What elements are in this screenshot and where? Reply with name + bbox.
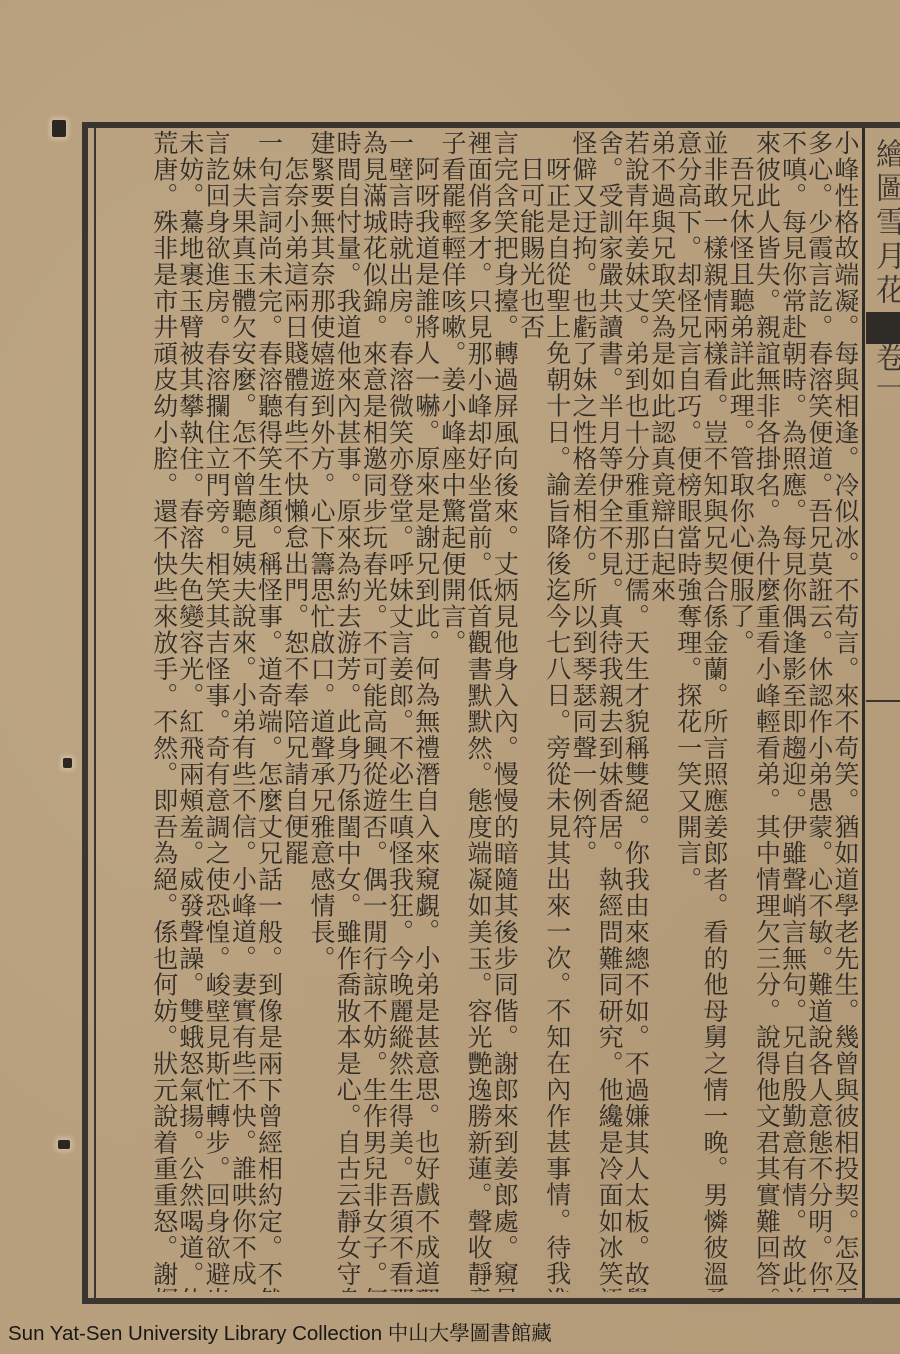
text-column: 若說青年姜妹丈。弟到也十分雅重那迂儒。天生才貌稱雙絕。你我由來總不如。不過嫌其人… [622,130,648,1292]
text-column: 荒唐。殊非是市井頑皮幼小腔。還不快些來放手。不然。即吾為絕。係也何妨。狀元說着重… [151,130,177,1292]
text-column: 日可能賜光也否 [517,130,543,1292]
text-column: 舍。受訓家嚴共讀書。半月等伊全不見。真待我親去到妹香居。執經問難同研究。他纔是冷… [596,130,622,1292]
volume-label: 卷一 [872,342,900,402]
text-column: 未妨。驀地裹玉臂被其攀執住。春溶失色變容光。紅飛兩頰羞。威發聲譟。雙蛾怒氣揚。公… [177,130,203,1292]
text-column: 建緊要無其奈那使嬉遊到外方。心下籌思忙啟口。道聲承兄雅意感情長。 [308,130,334,1292]
text-column: 並非敢一樣親情兩樣看。豈不知與兄契合係金蘭。所言照應姜郎者。看的他母舅之情一晚。… [701,130,727,1292]
text-column: 呀正是自從聖上免朝十日。諭旨降後迄今七八日。旁從未見其出來一次。不知在內作甚事情… [544,130,570,1292]
text-column: 意分高下。却怪兄言自巧。便榜眼當時強奪理。探花一笑又開言。 [675,130,701,1292]
center-fold-rule [862,128,865,1298]
text-column: 阿呀我道是誰將人一嚇。原來是謝兄到此。何為無禮潛自入來窺覷。小弟是甚意思。也好戲… [413,130,439,1292]
text-column: 妹夫果真玉體欠安麼。怎不曾聽見姨夫說來。小弟有些不信。小峰道。妻實有些不快。誰哄… [229,130,255,1292]
text-column: 弟不過與兄取笑為是如此認真竟辯白起來 [648,130,674,1292]
text-column: 子看罷輕輕佯咳嗽。姜小峰座中驚起便開言。 [439,130,465,1292]
text-column: 為見滿城花似錦。來意是相邀同步玩春光。不可能高興從遊否。偶一閒行諒不妨。生作男兒… [360,130,386,1292]
text-column: 怪僻又迂拘。也虧了妹之性格差相仿。所以到琴瑟同聲一例符。 [570,130,596,1292]
binding-hole-bottom [58,1140,70,1149]
text-column: 多心。少霞言訖。春溶笑便道。吾兄莫誑云。休認作小弟愚蒙。心不敏。難道說各人意態不… [806,130,832,1292]
library-collection-caption: Sun Yat-Sen University Library Collectio… [8,1316,552,1346]
text-column: 小峰性格故端凝。每與相逢。冷似冰。不苟言。來不苟笑。猶如道學老先生。幾曾與彼相投… [832,130,858,1292]
heart-rule [866,700,900,702]
text-column: 吾兄休怪且聽弟詳此理。管取你心便服了。 [727,130,753,1292]
text-column: 時間自忖量。我道他來內甚事。原來為約去游芳。此身乃係閨中女。雖作喬妝本是心。自古… [334,130,360,1292]
text-column: 一壁言時就出房。春溶微笑亦登堂。呼妹丈言姜郎。不必生嗔怪我狂。今晚麗縱然生得美。… [386,130,412,1292]
text-column: 言完含笑把身擡。轉過屏風向後來。丈炳見他身入內。慢慢的暗隨其後步同偕。謝郎來到姜… [491,130,517,1292]
border-inner-rule [94,128,96,1298]
text-column: 來彼此人皆失。親誼無非各掛名。為什麼重看小峰輕看弟。其中情理欠三分。說得他文君其… [753,130,779,1292]
binding-hole-top [52,120,66,137]
text-column: 言訖回身欲進房。春溶攔住立門旁。相笑其吉怪事。奇有意調之使恐惶。峻壁見斯忙轉步。… [203,130,229,1292]
text-column: 怎奈小弟這兩日賤體有些不快懶怠出門。恕不奉陪兄請自便罷 [282,130,308,1292]
text-column: 不嗔。每見你常赴朝時。為照應。每見你偶逢影至即趨迎。伊雖聲峭言無句。兄自殷勤意有… [779,130,805,1292]
book-title: 繪圖雪月花 [872,138,900,308]
binding-hole-middle [63,758,72,768]
text-column: 裡面俏多才。只見那小峰却好坐當前。低首觀書默默然。態度端凝如美玉。容光艷逸勝新蓮… [465,130,491,1292]
fishtail-mark [866,312,900,334]
vertical-text-body: 小峰性格故端凝。每與相逢。冷似冰。不苟言。來不苟笑。猶如道學老先生。幾曾與彼相投… [100,130,858,1292]
text-column: 一句言詞尚未完。春溶聽得笑生顏。稱怪事。道奇端。怎麼丈兄話一般。到像是兩下曾經相… [255,130,281,1292]
